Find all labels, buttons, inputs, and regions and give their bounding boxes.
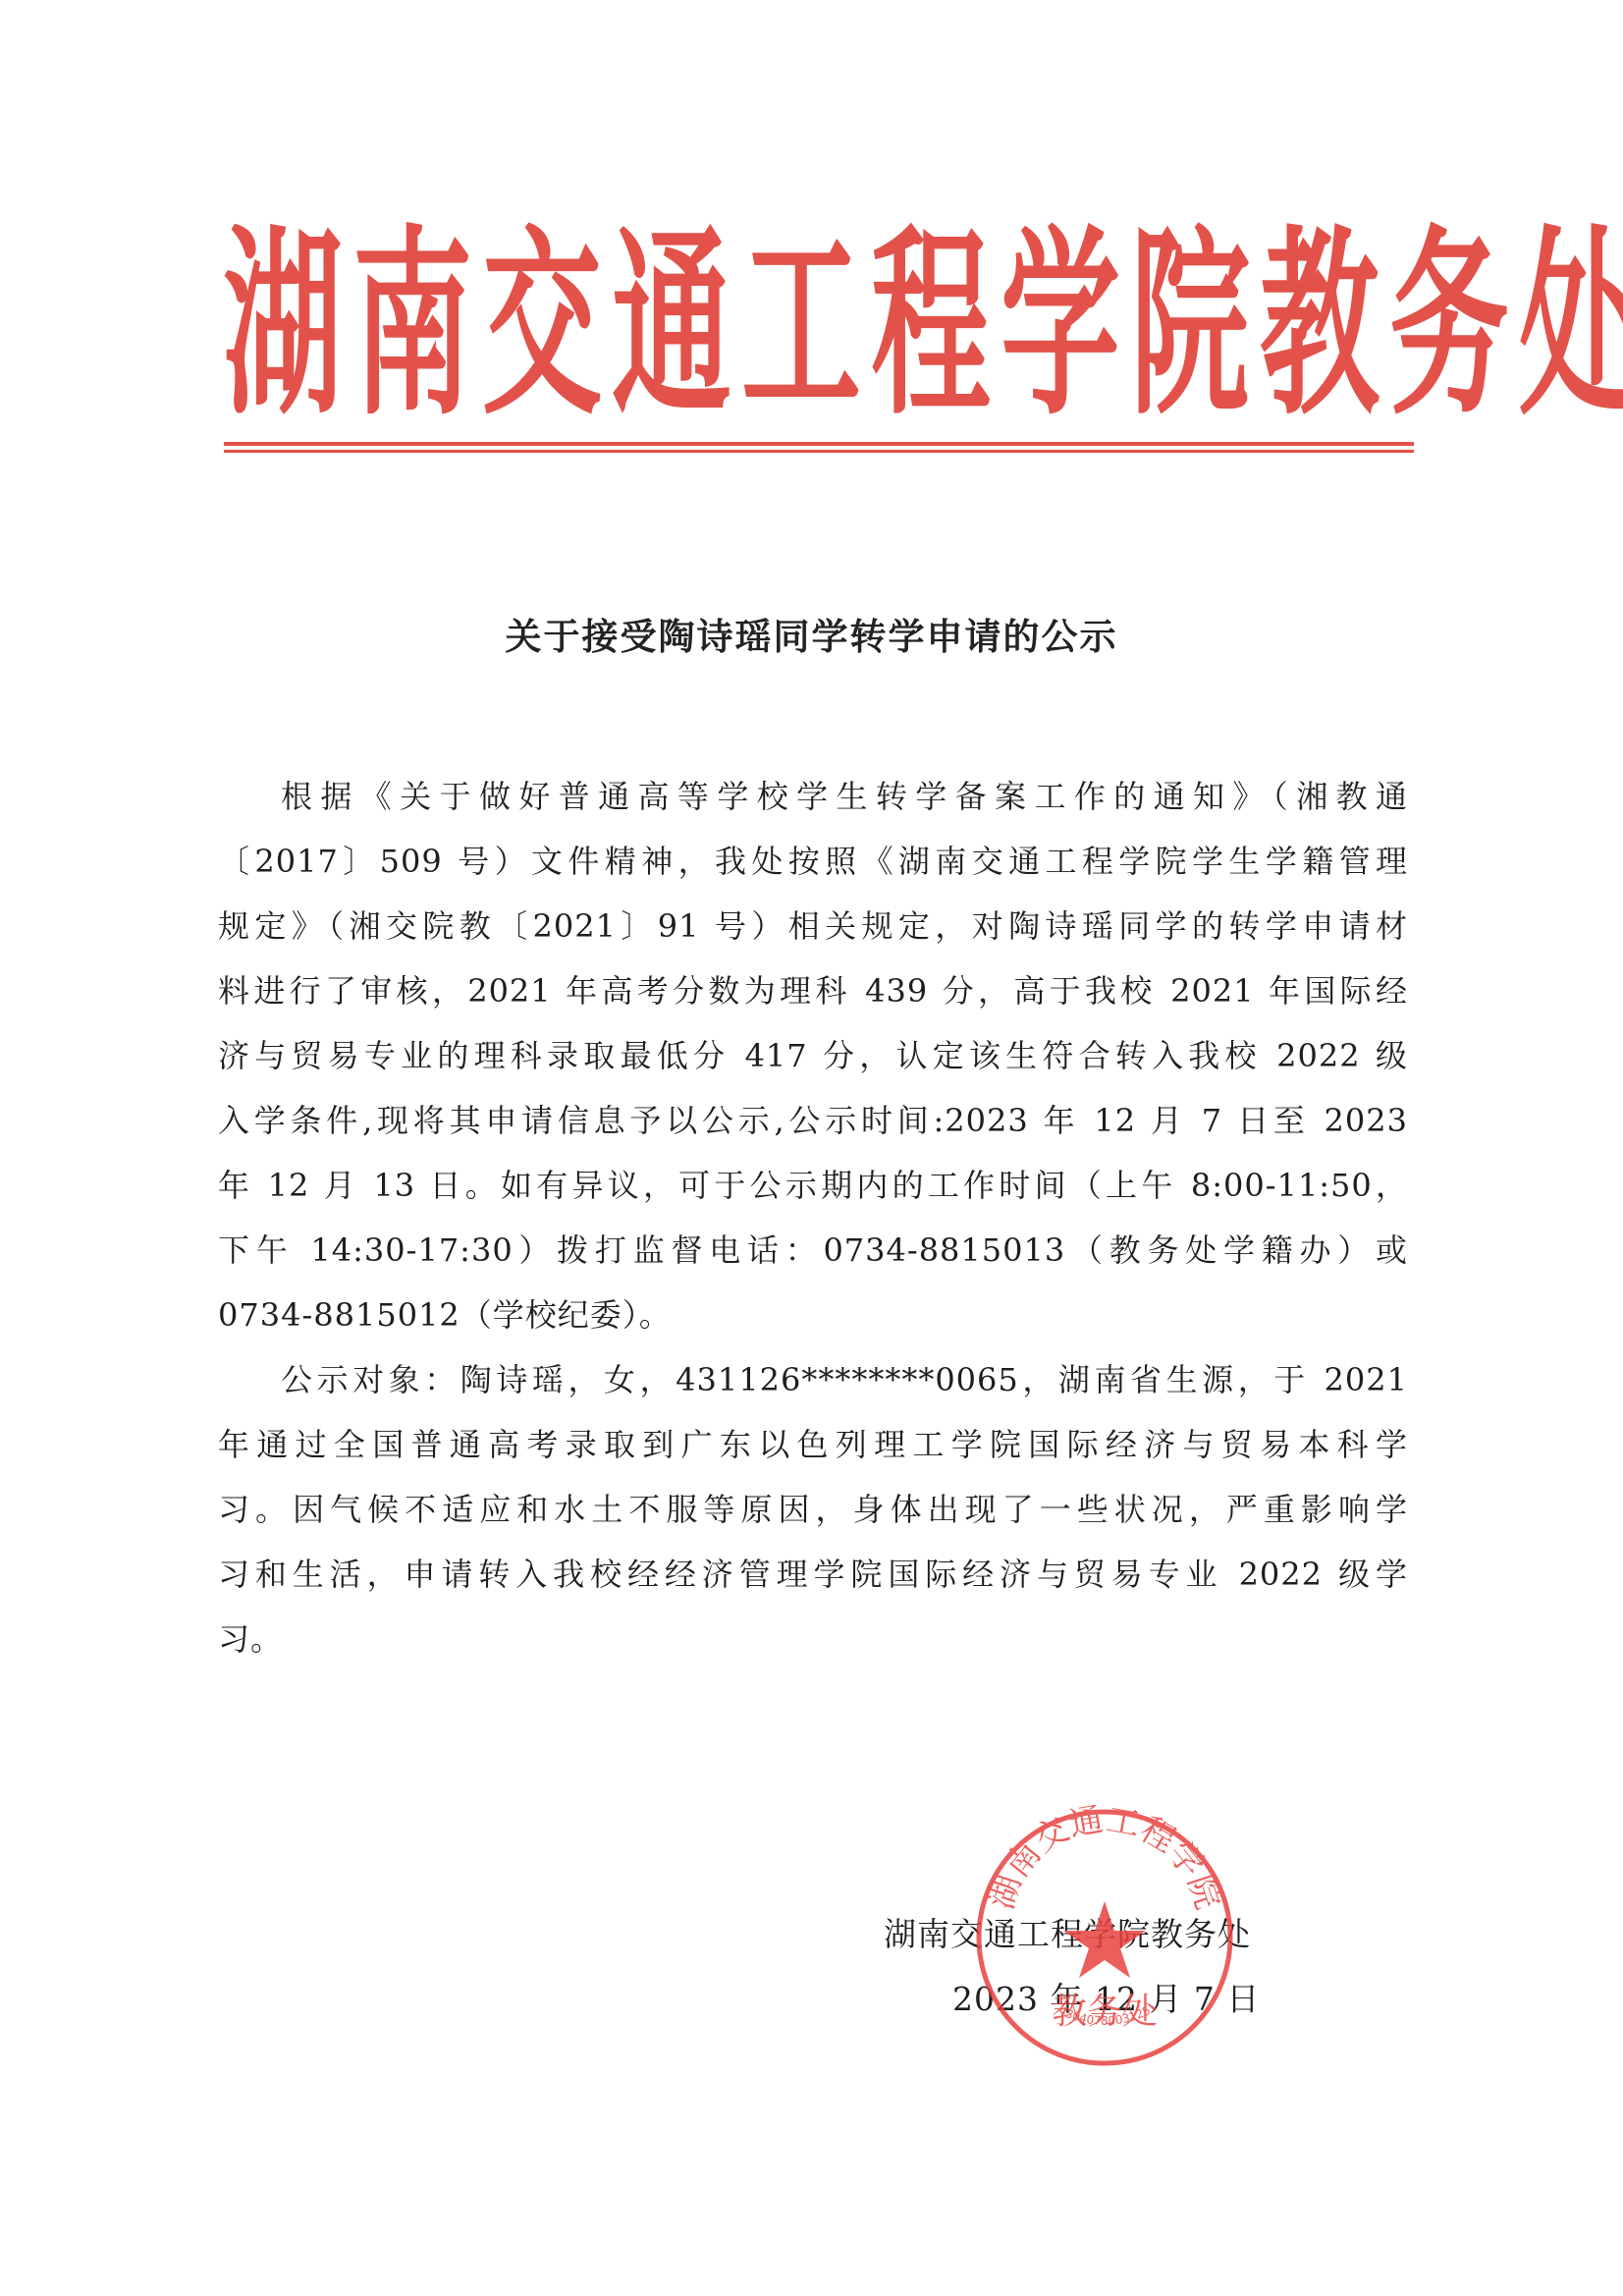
text-line: 习。 — [218, 1607, 1408, 1671]
text-line: 年 12 月 13 日。如有异议，可于公示期内的工作时间（上午 8:00-11:… — [218, 1153, 1408, 1218]
letterhead-divider-bottom — [224, 450, 1414, 453]
signature-date: 2023 年 12 月 7 日 — [952, 1974, 1260, 2020]
letterhead-char: 南 — [352, 174, 471, 478]
letterhead-char: 程 — [871, 174, 990, 478]
letterhead-char: 学 — [1001, 174, 1119, 478]
text-line: 根据《关于做好普通高等学校学生转学备案工作的通知》（湘教通 — [218, 764, 1408, 829]
text-line: 〔2017〕509 号）文件精神，我处按照《湖南交通工程学院学生学籍管理 — [218, 829, 1408, 894]
text-line: 习和生活，申请转入我校经经济管理学院国际经济与贸易专业 2022 级学 — [218, 1542, 1408, 1607]
text-line: 年通过全国普通高考录取到广东以色列理工学院国际经济与贸易本科学 — [218, 1412, 1408, 1477]
letterhead-char: 处 — [1519, 174, 1623, 478]
text-line: 入学条件,现将其申请信息予以公示,公示时间:2023 年 12 月 7 日至 2… — [218, 1088, 1408, 1153]
text-line: 规定》（湘交院教〔2021〕91 号）相关规定，对陶诗瑶同学的转学申请材 — [218, 894, 1408, 958]
signature-org: 湖南交通工程学院教务处 — [884, 1909, 1251, 1955]
letterhead-char: 教 — [1260, 174, 1379, 478]
letterhead-char: 工 — [741, 174, 860, 478]
letterhead-char: 湖 — [223, 174, 342, 478]
document-title: 关于接受陶诗瑶同学转学申请的公示 — [0, 607, 1623, 660]
seal-arc-text: 湖南交通工程学院 — [982, 1805, 1227, 1914]
text-line: 0734-8815012（学校纪委）。 — [218, 1283, 1408, 1347]
letterhead-org-name: 湖 南 交 通 工 程 学 院 教 务 处 — [218, 228, 1416, 424]
letterhead-divider-top — [224, 442, 1414, 446]
letterhead-char: 务 — [1389, 174, 1508, 478]
letterhead-char: 院 — [1130, 174, 1249, 478]
document-body: 根据《关于做好普通高等学校学生转学备案工作的通知》（湘教通 〔2017〕509 … — [218, 764, 1408, 1671]
paragraph-2: 公示对象：陶诗瑶，女，431126********0065，湖南省生源，于 20… — [218, 1347, 1408, 1671]
paragraph-1: 根据《关于做好普通高等学校学生转学备案工作的通知》（湘教通 〔2017〕509 … — [218, 764, 1408, 1347]
text-line: 济与贸易专业的理科录取最低分 417 分，认定该生符合转入我校 2022 级 — [218, 1023, 1408, 1088]
text-line: 下午 14:30-17:30）拨打监督电话：0734-8815013（教务处学籍… — [218, 1218, 1408, 1283]
text-line: 公示对象：陶诗瑶，女，431126********0065，湖南省生源，于 20… — [218, 1347, 1408, 1412]
letterhead-char: 通 — [612, 174, 730, 478]
letterhead-char: 交 — [482, 174, 601, 478]
text-line: 习。因气候不适应和水土不服等原因，身体出现了一些状况，严重影响学 — [218, 1477, 1408, 1542]
text-line: 料进行了审核，2021 年高考分数为理科 439 分，高于我校 2021 年国际… — [218, 958, 1408, 1023]
